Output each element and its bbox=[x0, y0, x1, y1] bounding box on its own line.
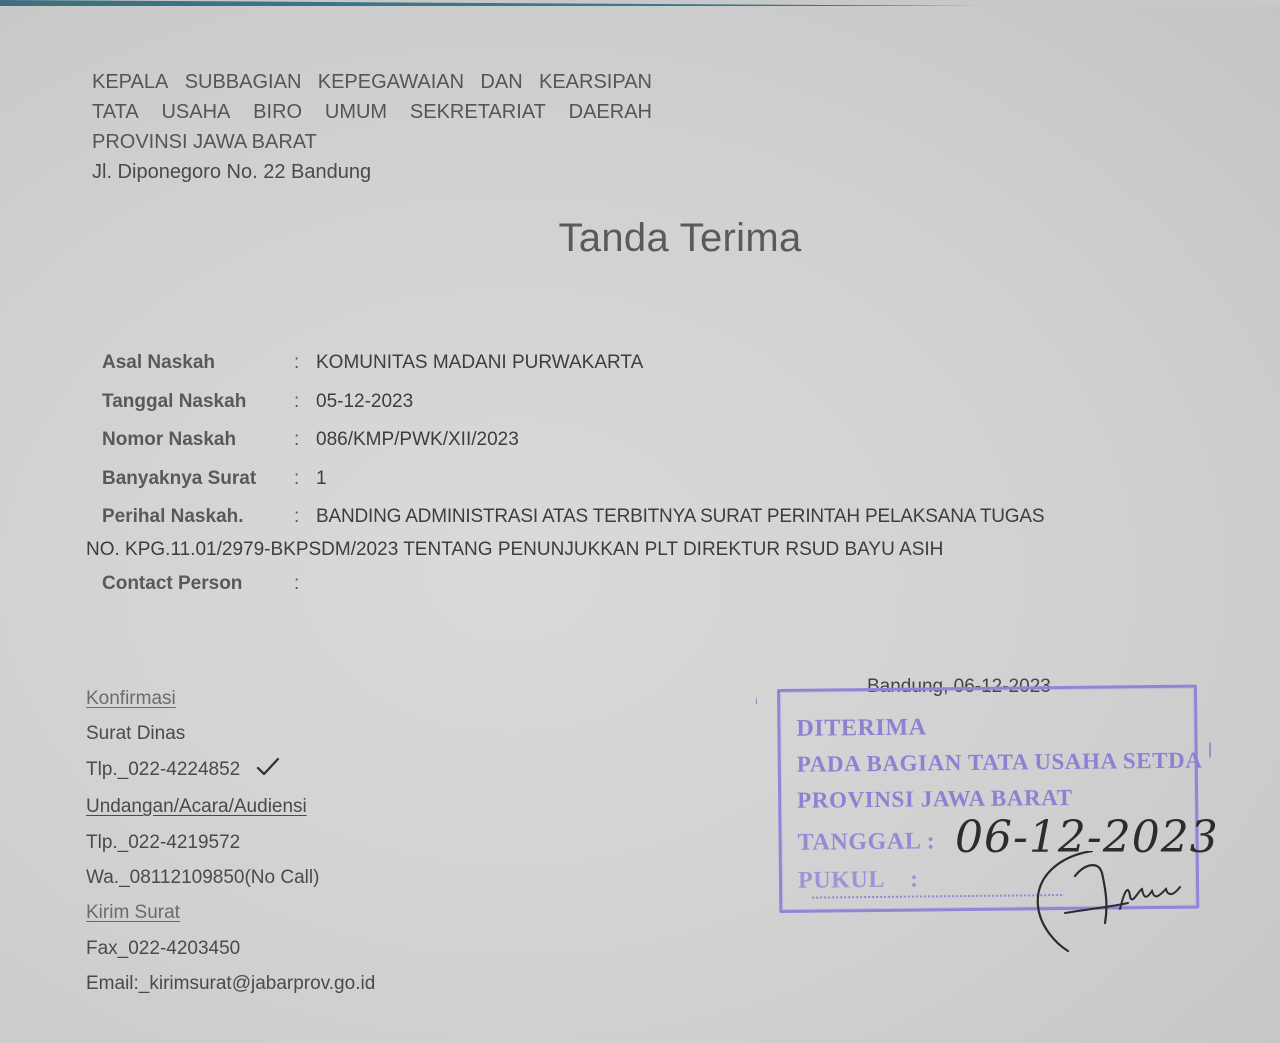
field-value: KOMUNITAS MADANI PURWAKARTA bbox=[316, 352, 643, 374]
surat-dinas-label: Surat Dinas bbox=[86, 716, 375, 751]
stamp-ink-mark: | bbox=[1208, 741, 1212, 759]
undangan-whatsapp: Wa._08112109850(No Call) bbox=[86, 860, 375, 895]
field-tanggal-naskah: Tanggal Naskah : 05-12-2023 bbox=[102, 383, 1044, 422]
letterhead-word: DAN bbox=[480, 67, 522, 97]
stamp-line-bagian: PADA BAGIAN TATA USAHA SETDA bbox=[797, 748, 1203, 778]
letterhead-word: KEPALA bbox=[92, 67, 168, 97]
field-label: Banyaknya Surat bbox=[102, 468, 294, 490]
letterhead-word: BIRO bbox=[253, 97, 302, 127]
letterhead-line-1: KEPALASUBBAGIANKEPEGAWAIANDANKEARSIPAN bbox=[92, 67, 652, 97]
undangan-heading: Undangan/Acara/Audiensi bbox=[86, 789, 375, 824]
letterhead-line-3: PROVINSI JAWA BARAT bbox=[92, 127, 652, 157]
field-separator: : bbox=[294, 506, 316, 528]
letterhead-word: UMUM bbox=[325, 97, 387, 127]
field-value: 086/KMP/PWK/XII/2023 bbox=[316, 429, 519, 451]
field-separator: : bbox=[294, 573, 299, 595]
field-asal-naskah: Asal Naskah : KOMUNITAS MADANI PURWAKART… bbox=[102, 344, 1044, 383]
kirim-surat-heading: Kirim Surat bbox=[86, 895, 375, 930]
surat-dinas-phone-row: Tlp._022-4224852 bbox=[86, 752, 375, 789]
field-separator: : bbox=[294, 352, 316, 374]
email-address: Email:_kirimsurat@jabarprov.go.id bbox=[86, 966, 375, 1001]
field-separator: : bbox=[294, 391, 316, 413]
confirmation-heading: Konfirmasi bbox=[86, 681, 375, 716]
letterhead-word: KEPEGAWAIAN bbox=[318, 67, 464, 97]
field-separator: : bbox=[294, 429, 316, 451]
field-nomor-naskah: Nomor Naskah : 086/KMP/PWK/XII/2023 bbox=[102, 421, 1044, 460]
undangan-phone: Tlp._022-4219572 bbox=[86, 825, 375, 860]
field-perihal-continuation: NO. KPG.11.01/2979-BKPSDM/2023 TENTANG P… bbox=[86, 539, 943, 561]
document-page: KEPALASUBBAGIANKEPEGAWAIANDANKEARSIPAN T… bbox=[0, 6, 1280, 1043]
field-label: Contact Person bbox=[102, 573, 294, 595]
stamp-line-provinsi: PROVINSI JAWA BARAT bbox=[797, 785, 1073, 814]
letterhead-word: USAHA bbox=[161, 97, 230, 127]
field-perihal-naskah: Perihal Naskah. : BANDING ADMINISTRASI A… bbox=[102, 498, 1044, 537]
document-title: Tanda Terima bbox=[0, 216, 1280, 261]
signature bbox=[1020, 851, 1220, 966]
confirmation-section: Konfirmasi Surat Dinas Tlp._022-4224852 … bbox=[86, 681, 375, 1002]
checkmark-icon bbox=[256, 754, 280, 789]
document-fields: Asal Naskah : KOMUNITAS MADANI PURWAKART… bbox=[102, 344, 1044, 537]
stamp-line-diterima: DITERIMA bbox=[796, 714, 926, 742]
letterhead-line-2: TATAUSAHABIROUMUMSEKRETARIATDAERAH bbox=[92, 97, 652, 127]
stamp-tanggal-label: TANGGAL : bbox=[797, 828, 935, 856]
field-value: BANDING ADMINISTRASI ATAS TERBITNYA SURA… bbox=[316, 506, 1044, 528]
field-label: Nomor Naskah bbox=[102, 429, 294, 451]
field-label: Asal Naskah bbox=[102, 352, 294, 374]
field-separator: : bbox=[294, 468, 316, 490]
field-banyaknya-surat: Banyaknya Surat : 1 bbox=[102, 460, 1044, 499]
letterhead: KEPALASUBBAGIANKEPEGAWAIANDANKEARSIPAN T… bbox=[92, 67, 652, 187]
letterhead-word: SEKRETARIAT bbox=[410, 97, 546, 127]
letterhead-word: DAERAH bbox=[569, 97, 652, 127]
surat-dinas-phone: Tlp._022-4224852 bbox=[86, 759, 240, 780]
field-contact-person: Contact Person : bbox=[102, 569, 299, 599]
field-label: Tanggal Naskah bbox=[102, 391, 294, 413]
field-value: 1 bbox=[316, 468, 327, 490]
letterhead-address: Jl. Diponegoro No. 22 Bandung bbox=[92, 157, 652, 187]
stamp-pukul-label: PUKUL : bbox=[798, 867, 919, 895]
letterhead-word: TATA bbox=[92, 97, 139, 127]
field-label: Perihal Naskah. bbox=[102, 506, 294, 528]
letterhead-word: KEARSIPAN bbox=[539, 67, 652, 97]
letterhead-word: SUBBAGIAN bbox=[185, 67, 302, 97]
fax-number: Fax_022-4203450 bbox=[86, 931, 375, 966]
stamp-ink-mark: ⁱ bbox=[755, 694, 758, 714]
field-value: 05-12-2023 bbox=[316, 391, 413, 413]
